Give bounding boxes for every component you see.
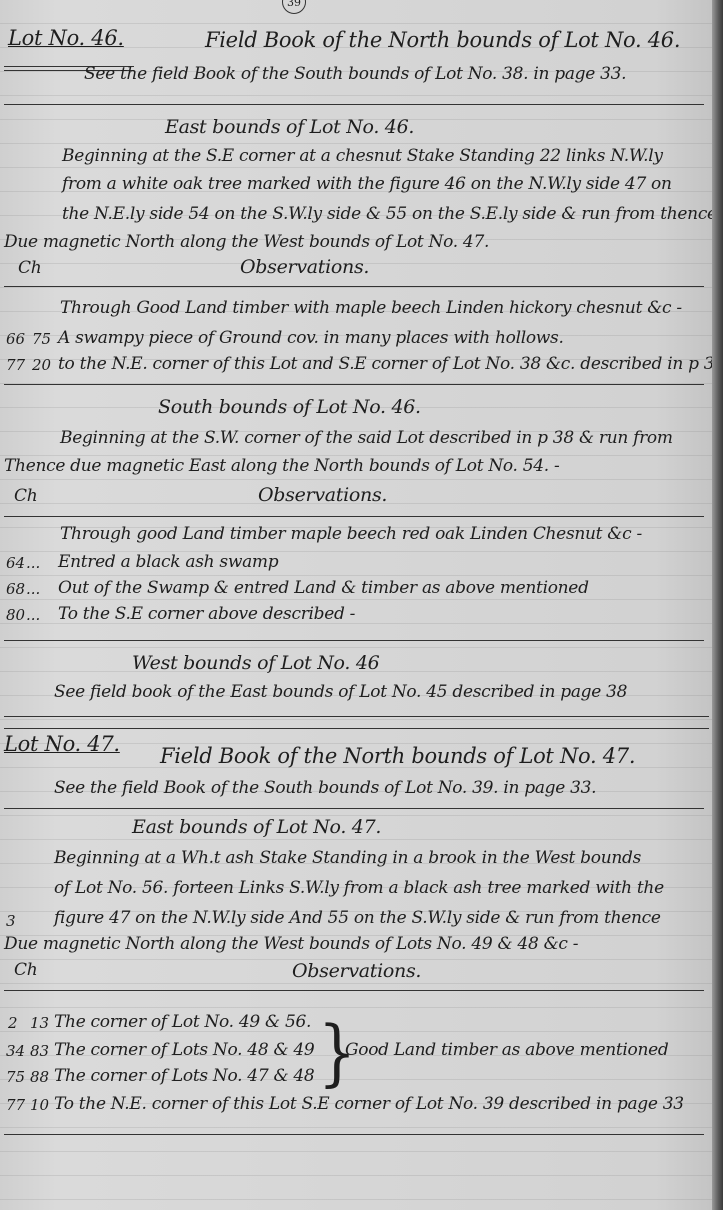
divider — [4, 716, 709, 717]
lot-46-west-reference: See field book of the East bounds of Lot… — [54, 682, 627, 702]
lot-46-east-desc-2: from a white oak tree marked with the fi… — [62, 174, 672, 194]
lot-46-east-desc-4: Due magnetic North along the West bounds… — [4, 232, 489, 252]
lot-47-east-desc-3: figure 47 on the N.W.ly side And 55 on t… — [54, 908, 661, 928]
divider — [4, 1134, 704, 1135]
lot-47-obs-4: To the N.E. corner of this Lot S.E corne… — [54, 1094, 684, 1114]
lot-46-east-obs-2: A swampy piece of Ground cov. in many pl… — [58, 328, 564, 348]
divider — [4, 516, 704, 517]
lot-46-south-obs-4-links: ... — [26, 606, 40, 624]
page-number: 39 — [282, 0, 306, 14]
divider — [4, 384, 704, 385]
lot-47-obs-4-chains: 77 — [6, 1096, 25, 1114]
lot-46-south-obs-2-chains: 64 — [6, 554, 25, 572]
lot-46-east-observations-label: Observations. — [240, 256, 369, 278]
lot-47-obs-3-links: 88 — [30, 1068, 49, 1086]
lot-46-south-desc-2: Thence due magnetic East along the North… — [4, 456, 559, 476]
lot-47-north-title: Field Book of the North bounds of Lot No… — [160, 744, 635, 768]
lot-47-east-desc-1: Beginning at a Wh.t ash Stake Standing i… — [54, 848, 641, 868]
lot-47-obs-1: The corner of Lot No. 49 & 56. — [54, 1012, 311, 1032]
manuscript-page: 39 Lot No. 46. Field Book of the North b… — [0, 0, 712, 1210]
lot-46-label: Lot No. 46. — [8, 26, 124, 50]
lot-46-east-title: East bounds of Lot No. 46. — [165, 116, 414, 138]
page-edge — [712, 0, 723, 1210]
lot-47-obs-2-links: 83 — [30, 1042, 49, 1060]
lot-46-east-obs-2-links: 75 — [32, 330, 51, 348]
lot-46-south-desc-1: Beginning at the S.W. corner of the said… — [60, 428, 673, 448]
lot-47-label: Lot No. 47. — [4, 732, 120, 756]
lot-47-obs-3: The corner of Lots No. 47 & 48 — [54, 1066, 314, 1086]
lot-46-east-obs-3-chains: 77 — [6, 356, 25, 374]
lot-46-east-obs-3: to the N.E. corner of this Lot and S.E c… — [58, 354, 723, 374]
lot-46-east-desc-3: the N.E.ly side 54 on the S.W.ly side & … — [62, 204, 717, 224]
lot-46-south-obs-3-links: ... — [26, 580, 40, 598]
lot-47-east-observations-label: Observations. — [292, 960, 421, 982]
lot-47-east-desc-2: of Lot No. 56. forteen Links S.W.ly from… — [54, 878, 664, 898]
lot-47-obs-1-links: 13 — [30, 1014, 49, 1032]
lot-46-east-obs-3-links: 20 — [32, 356, 51, 374]
divider — [4, 990, 704, 991]
lot-46-south-obs-4-chains: 80 — [6, 606, 25, 624]
lot-47-margin-note: 3 — [6, 912, 16, 930]
lot-46-south-obs-1: Through good Land timber maple beech red… — [60, 524, 642, 544]
lot-46-east-obs-2-chains: 66 — [6, 330, 25, 348]
lot-46-south-obs-2-links: ... — [26, 554, 40, 572]
lot-47-north-reference: See the field Book of the South bounds o… — [54, 778, 596, 798]
lot-46-south-obs-4: To the S.E corner above described - — [58, 604, 355, 624]
divider — [4, 640, 704, 641]
divider — [4, 286, 704, 287]
divider — [4, 728, 709, 729]
lot-46-south-obs-2: Entred a black ash swamp — [58, 552, 278, 572]
lot-47-obs-2-chains: 34 — [6, 1042, 25, 1060]
lot-46-south-obs-3-chains: 68 — [6, 580, 25, 598]
divider — [4, 808, 704, 809]
lot-47-obs-3-chains: 75 — [6, 1068, 25, 1086]
lot-47-obs-2: The corner of Lots No. 48 & 49 — [54, 1040, 314, 1060]
lot-46-north-title: Field Book of the North bounds of Lot No… — [205, 28, 680, 52]
lot-47-obs-1-chains: 2 — [8, 1014, 18, 1032]
lot-46-south-ch-label: Ch — [14, 486, 37, 506]
divider — [4, 104, 704, 105]
lot-46-south-title: South bounds of Lot No. 46. — [158, 396, 421, 418]
lot-47-east-ch-label: Ch — [14, 960, 37, 980]
lot-46-east-desc-1: Beginning at the S.E corner at a chesnut… — [62, 146, 663, 166]
lot-46-south-observations-label: Observations. — [258, 484, 387, 506]
lot-46-south-obs-3: Out of the Swamp & entred Land & timber … — [58, 578, 589, 598]
lot-46-west-title: West bounds of Lot No. 46 — [132, 652, 379, 674]
lot-46-east-obs-1: Through Good Land timber with maple beec… — [60, 298, 682, 318]
lot-47-east-title: East bounds of Lot No. 47. — [132, 816, 381, 838]
lot-47-obs-4-links: 10 — [30, 1096, 49, 1114]
lot-47-brace-note: Good Land timber as above mentioned — [345, 1040, 668, 1060]
lot-46-north-reference: See the field Book of the South bounds o… — [84, 64, 626, 84]
lot-47-east-desc-4: Due magnetic North along the West bounds… — [4, 934, 578, 954]
lot-46-east-ch-label: Ch — [18, 258, 41, 278]
